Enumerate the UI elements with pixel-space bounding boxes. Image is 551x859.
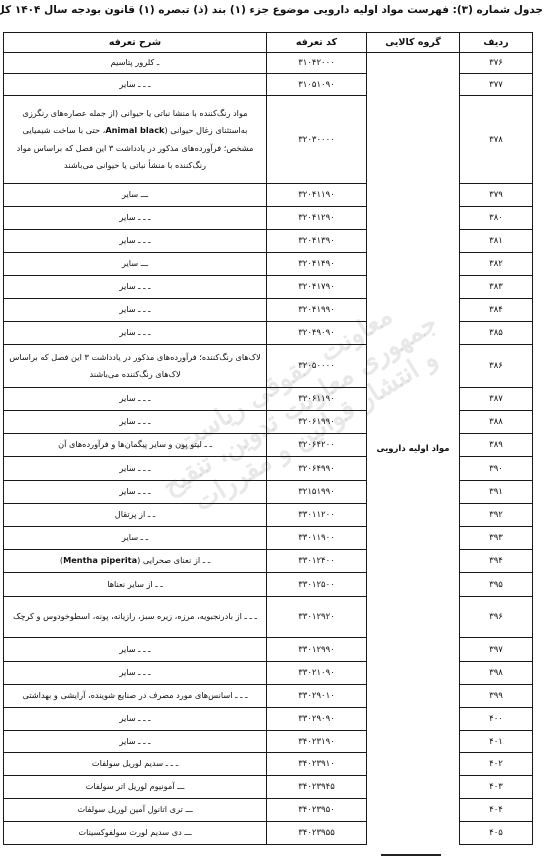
tariff-description: ـ ـ از سایر نعناها xyxy=(4,573,267,597)
tariff-description: ـ ـ سایر xyxy=(4,527,267,550)
row-number: ۴۰۱ xyxy=(460,731,533,753)
tariff-code: ۳۲۰۶۱۹۹۰ xyxy=(267,411,367,434)
tariff-code: ۳۳۰۱۱۹۰۰ xyxy=(267,527,367,550)
row-number: ۳۸۷ xyxy=(460,388,533,411)
description-text: ـ ـ از نعنای صحرایی ( xyxy=(137,555,210,565)
row-number: ۴۰۵ xyxy=(460,822,533,845)
tariff-description: ـــ آمونیوم لوریل اتر سولفات xyxy=(4,776,267,799)
tariff-code: ۳۲۰۳۰۰۰۰ xyxy=(267,96,367,184)
tariff-code: ۳۲۰۴۹۰۹۰ xyxy=(267,322,367,345)
tariff-description: ـــ سایر xyxy=(4,253,267,276)
tariff-code: ۳۱۰۴۲۰۰۰ xyxy=(267,53,367,74)
tariff-code: ۳۴۰۲۳۱۹۰ xyxy=(267,731,367,753)
tariff-description: ـ ـ ـ سایر xyxy=(4,708,267,731)
tariff-code: ۳۱۰۵۱۰۹۰ xyxy=(267,74,367,96)
description-latin: Animal black xyxy=(105,125,164,135)
row-number: ۳۹۱ xyxy=(460,481,533,504)
row-number: ۳۸۱ xyxy=(460,230,533,253)
row-number: ۳۸۶ xyxy=(460,345,533,388)
tariff-description: ـ ـ ـ سایر xyxy=(4,481,267,504)
tariff-description: ـ ـ ـ سایر xyxy=(4,299,267,322)
row-number: ۴۰۲ xyxy=(460,753,533,776)
row-number: ۳۸۳ xyxy=(460,276,533,299)
tariff-code: ۳۴۰۲۳۹۴۵ xyxy=(267,776,367,799)
row-number: ۳۹۸ xyxy=(460,662,533,685)
tariff-description: ـ ـ ـ اسانس‌های مورد مصرف در صنایع شویند… xyxy=(4,685,267,708)
tariff-code: ۳۳۰۱۲۴۰۰ xyxy=(267,550,367,573)
tariff-description: ـ ـ ـ سایر xyxy=(4,230,267,253)
header-code: کد تعرفه xyxy=(267,33,367,53)
tariff-description: ـ ـ ـ سایر xyxy=(4,638,267,662)
row-number: ۳۹۶ xyxy=(460,597,533,638)
tariff-description: ـ ـ ـ سایر xyxy=(4,457,267,481)
tariff-table: ردیف گروه کالایی کد تعرفه شرح تعرفه ۳۷۶ … xyxy=(3,32,533,845)
row-number: ۳۹۵ xyxy=(460,573,533,597)
row-number: ۳۸۸ xyxy=(460,411,533,434)
tariff-description: لاک‌های رنگ‌کننده؛ فرآورده‌های مذکور در … xyxy=(4,345,267,388)
row-number: ۳۹۲ xyxy=(460,504,533,527)
tariff-description: مواد رنگ‌کننده با منشا نباتی یا حیوانی (… xyxy=(4,96,267,184)
row-number: ۳۸۰ xyxy=(460,207,533,230)
group-cell: مواد اولیه دارویی xyxy=(367,53,460,845)
row-number: ۴۰۳ xyxy=(460,776,533,799)
table-header-row: ردیف گروه کالایی کد تعرفه شرح تعرفه xyxy=(4,33,533,53)
row-number: ۳۹۳ xyxy=(460,527,533,550)
tariff-description: ـ ـ ـ سایر xyxy=(4,662,267,685)
tariff-code: ۳۲۰۴۱۱۹۰ xyxy=(267,184,367,207)
row-number: ۳۸۴ xyxy=(460,299,533,322)
tariff-description: ـ ـ ـ سایر xyxy=(4,411,267,434)
row-number: ۳۹۹ xyxy=(460,685,533,708)
tariff-code: ۳۲۱۵۱۹۹۰ xyxy=(267,481,367,504)
tariff-code: ۳۳۰۲۹۰۱۰ xyxy=(267,685,367,708)
tariff-description: ـــ دی سدیم لورت سولفوکسینات xyxy=(4,822,267,845)
tariff-description: ـ ـ ـ سایر xyxy=(4,207,267,230)
tariff-code: ۳۲۰۶۴۲۰۰ xyxy=(267,434,367,457)
tariff-code: ۳۲۰۵۰۰۰۰ xyxy=(267,345,367,388)
tariff-description: ـ ـ ـ سدیم لوریل سولفات xyxy=(4,753,267,776)
table-row: ۳۷۶ مواد اولیه دارویی ۳۱۰۴۲۰۰۰ ـ کلرور پ… xyxy=(4,53,533,74)
header-description: شرح تعرفه xyxy=(4,33,267,53)
tariff-code: ۳۳۰۲۹۰۹۰ xyxy=(267,708,367,731)
tariff-code: ۳۳۰۱۲۹۲۰ xyxy=(267,597,367,638)
tariff-description: ـ ـ لیتو پون و سایر پیگمان‌ها و فرآورده‌… xyxy=(4,434,267,457)
tariff-description: ـ ـ ـ سایر xyxy=(4,388,267,411)
tariff-code: ۳۴۰۲۳۹۵۵ xyxy=(267,822,367,845)
row-number: ۳۸۹ xyxy=(460,434,533,457)
tariff-description: ـ ـ ـ سایر xyxy=(4,276,267,299)
tariff-description: ـ ـ ـ سایر xyxy=(4,74,267,96)
document-title: جدول شماره (۳): فهرست مواد اولیه دارویی … xyxy=(8,4,543,16)
row-number: ۳۷۷ xyxy=(460,74,533,96)
description-latin: Mentha piperita xyxy=(63,555,137,565)
tariff-code: ۳۲۰۴۱۷۹۰ xyxy=(267,276,367,299)
row-number: ۳۷۶ xyxy=(460,53,533,74)
row-number: ۳۸۲ xyxy=(460,253,533,276)
row-number: ۳۹۷ xyxy=(460,638,533,662)
tariff-code: ۳۳۰۲۱۰۹۰ xyxy=(267,662,367,685)
row-number: ۳۸۵ xyxy=(460,322,533,345)
tariff-code: ۳۲۰۶۴۹۹۰ xyxy=(267,457,367,481)
row-number: ۴۰۴ xyxy=(460,799,533,822)
tariff-code: ۳۲۰۴۱۲۹۰ xyxy=(267,207,367,230)
tariff-description: ـ کلرور پتاسیم xyxy=(4,53,267,74)
row-number: ۳۹۴ xyxy=(460,550,533,573)
header-group: گروه کالایی xyxy=(367,33,460,53)
row-number: ۳۷۸ xyxy=(460,96,533,184)
tariff-code: ۳۳۰۱۲۵۰۰ xyxy=(267,573,367,597)
tariff-code: ۳۲۰۶۱۱۹۰ xyxy=(267,388,367,411)
tariff-code: ۳۳۰۱۲۹۹۰ xyxy=(267,638,367,662)
tariff-code: ۳۲۰۴۱۹۹۰ xyxy=(267,299,367,322)
tariff-description: ـ ـ ـ سایر xyxy=(4,731,267,753)
tariff-description: ـــ سایر xyxy=(4,184,267,207)
tariff-code: ۳۴۰۲۳۹۵۰ xyxy=(267,799,367,822)
tariff-code: ۳۴۰۲۳۹۱۰ xyxy=(267,753,367,776)
tariff-description: ـ ـ از پرتقال xyxy=(4,504,267,527)
tariff-code: ۳۲۰۴۱۴۹۰ xyxy=(267,253,367,276)
tariff-code: ۳۲۰۴۱۳۹۰ xyxy=(267,230,367,253)
header-row-number: ردیف xyxy=(460,33,533,53)
row-number: ۳۹۰ xyxy=(460,457,533,481)
tariff-description: ـ ـ از نعنای صحرایی (Mentha piperita) xyxy=(4,550,267,573)
tariff-description: ـــ تری اتانول آمین لوریل سولفات xyxy=(4,799,267,822)
footer-divider xyxy=(381,854,441,856)
tariff-code: ۳۳۰۱۱۲۰۰ xyxy=(267,504,367,527)
row-number: ۴۰۰ xyxy=(460,708,533,731)
tariff-description: ـ ـ ـ سایر xyxy=(4,322,267,345)
tariff-description: ـ ـ ـ از بادرنجبویه، مرزه، زیره سبز، راز… xyxy=(4,597,267,638)
row-number: ۳۷۹ xyxy=(460,184,533,207)
